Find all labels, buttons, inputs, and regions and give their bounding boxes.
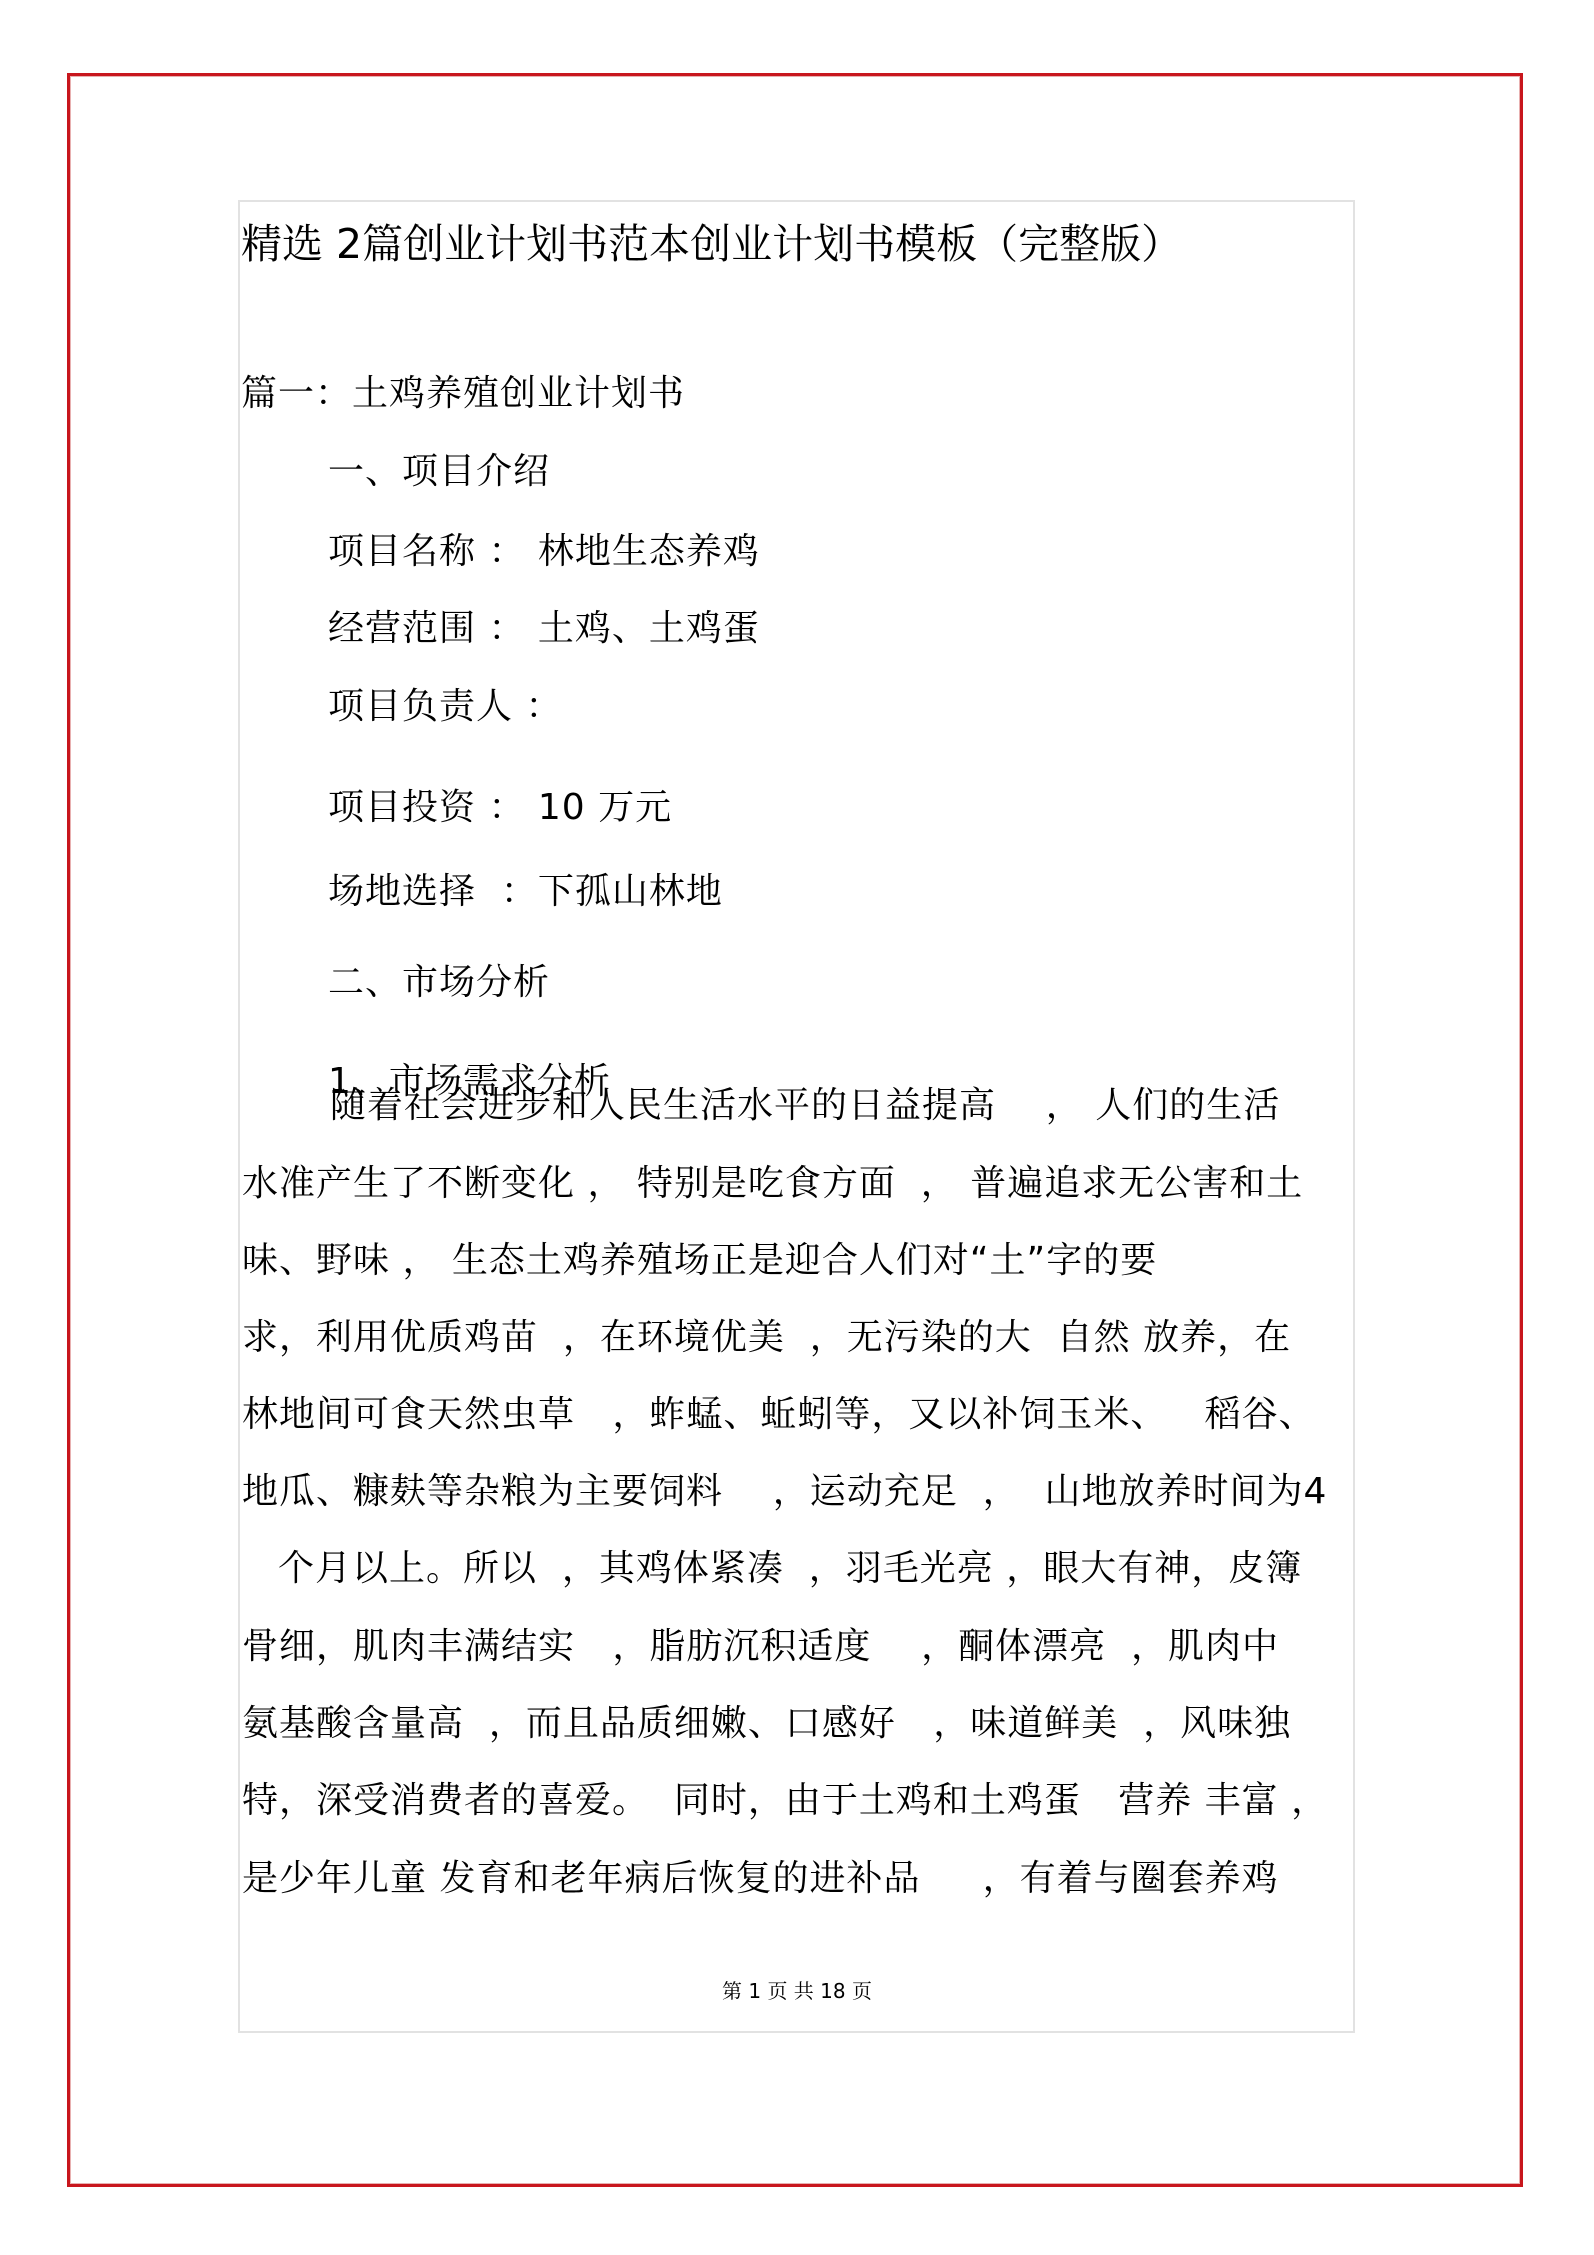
document-title: 精选 2篇创业计划书范本创业计划书模板（完整版） [241, 224, 1182, 265]
info-sep: ： [513, 686, 562, 727]
paragraph-line: 味、野味 ， 生态土鸡养殖场正是迎合人们对“土”字的要 [242, 1243, 1157, 1279]
paragraph-line: 特，深受消费者的喜爱。 同时，由于土鸡和土鸡蛋 营养 丰富 ， [242, 1783, 1328, 1819]
info-row-investment: 项目投资 ： 10 万元 [328, 790, 672, 826]
paragraph-line: 个月以上。所以 ，其鸡体紧凑 ，羽毛光亮 ，眼大有神，皮簿 [278, 1551, 1302, 1587]
info-label: 场地选择 [328, 871, 476, 912]
info-label: 项目名称 [328, 531, 476, 572]
info-row-project-lead: 项目负责人 ： [328, 689, 562, 725]
section-heading: 篇一：土鸡养殖创业计划书 [241, 376, 685, 412]
info-sep: ： [476, 531, 538, 572]
paragraph-line: 水准产生了不断变化 ， 特别是吃食方面 ， 普遍追求无公害和土 [242, 1166, 1303, 1202]
info-sep: ： [476, 871, 538, 912]
info-label: 经营范围 [328, 608, 476, 649]
paragraph-line: 地瓜、糠麸等杂粮为主要饲料 ，运动充足 ， 山地放养时间为4 [242, 1474, 1327, 1510]
paragraph-line: 是少年儿童 发育和老年病后恢复的进补品 ，有着与圈套养鸡 [242, 1861, 1279, 1897]
paragraph-line: 求，利用优质鸡苗 ，在环境优美 ，无污染的大 自然 放养，在 [242, 1320, 1291, 1356]
info-row-business-scope: 经营范围 ： 土鸡、土鸡蛋 [328, 611, 760, 647]
info-value: 土鸡、土鸡蛋 [538, 608, 760, 649]
part1-heading: 一、项目介绍 [328, 454, 550, 490]
paragraph-line: 骨细，肌肉丰满结实 ，脂肪沉积适度 ，酮体漂亮 ，肌肉中 [242, 1629, 1279, 1665]
info-value: 10 万元 [538, 787, 672, 828]
info-sep: ： [476, 787, 538, 828]
paragraph-line: 氨基酸含量高 ，而且品质细嫩、口感好 ，味道鲜美 ，风味独 [242, 1706, 1291, 1742]
info-value: 下孤山林地 [538, 871, 723, 912]
paragraph-line: 随着社会进步和人民生活水平的日益提高 ， 人们的生活 [330, 1088, 1280, 1124]
part2-heading: 二、市场分析 [328, 965, 550, 1001]
info-label: 项目投资 [328, 787, 476, 828]
paragraph-line: 林地间可食天然虫草 ，蚱蜢、蚯蚓等，又以补饲玉米、 稻谷、 [242, 1397, 1316, 1433]
info-row-site: 场地选择 ：下孤山林地 [328, 874, 723, 910]
page-number-footer: 第 1 页 共 18 页 [722, 1981, 872, 2001]
info-sep: ： [476, 608, 538, 649]
info-row-project-name: 项目名称 ： 林地生态养鸡 [328, 534, 760, 570]
info-value: 林地生态养鸡 [538, 531, 760, 572]
info-label: 项目负责人 [328, 686, 513, 727]
